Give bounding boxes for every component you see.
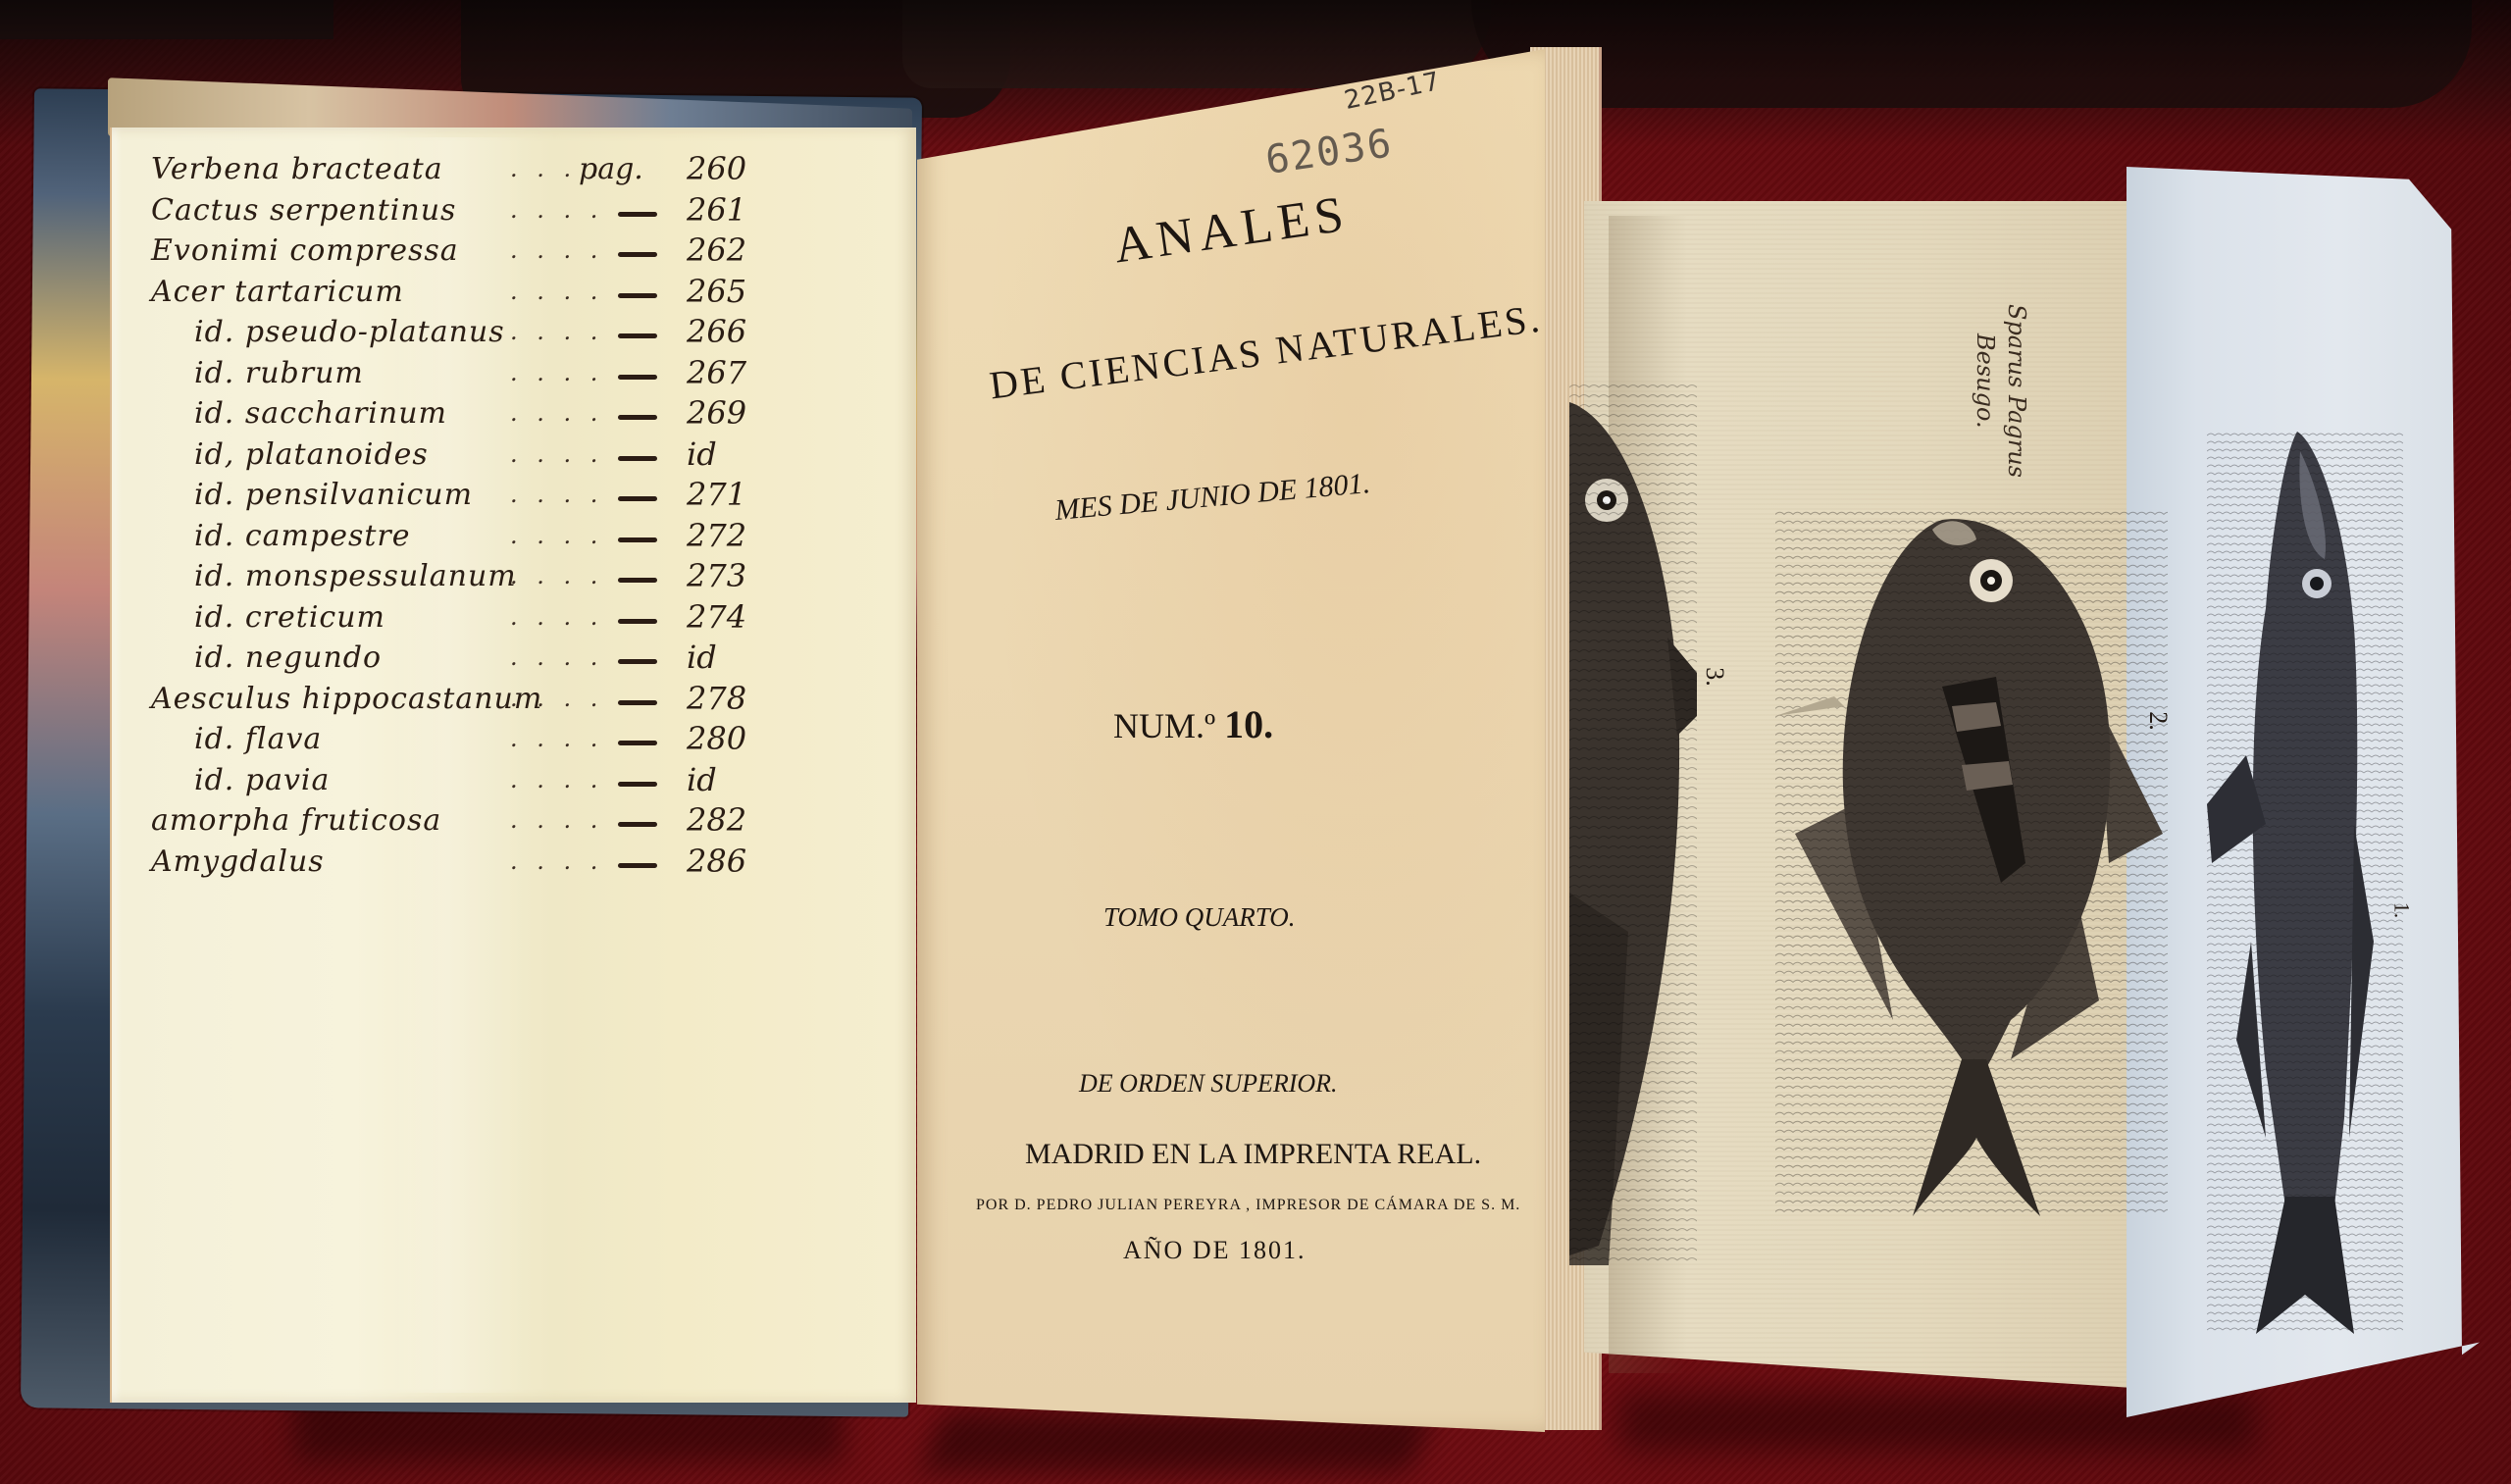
ditto-dash — [618, 700, 657, 705]
authority-line: DE ORDEN SUPERIOR. — [1079, 1069, 1338, 1099]
inventory-number-stamp: 62036 — [1262, 121, 1396, 183]
figure-number-1: 1. — [2388, 902, 2414, 919]
index-entry: Acer tartaricum. . . .265 — [157, 272, 785, 313]
dot-leader: . . . . — [510, 393, 677, 435]
ditto-dash — [618, 782, 657, 787]
index-entry: id. campestre. . . .272 — [157, 516, 785, 557]
index-entry-name: id. pavia — [194, 760, 330, 801]
fish-engraving-3 — [1569, 383, 1697, 1265]
ditto-dash — [618, 578, 657, 583]
handwritten-plate-annotation: Sparus Pagrus Besugo. — [1972, 304, 2050, 471]
printer-detail: POR D. PEDRO JULIAN PEREYRA , IMPRESOR D… — [976, 1197, 1520, 1214]
printer-line: MADRID EN LA IMPRENTA REAL. — [1025, 1138, 1481, 1171]
index-entry-name: Amygdalus — [151, 842, 325, 883]
volume-label: TOMO QUARTO. — [1103, 902, 1296, 933]
index-entry: Cactus serpentinus. . . .261 — [157, 190, 785, 231]
dot-leader: . . . . — [510, 312, 677, 353]
index-entry: id. flava. . . .280 — [157, 719, 785, 760]
index-entry: id. monspessulanum. . . .273 — [157, 556, 785, 597]
index-entry-page: id — [687, 435, 717, 476]
title-anales: ANALES — [1110, 185, 1353, 276]
index-entry-name: Verbena bracteata — [151, 149, 443, 190]
index-entry-name: id. rubrum — [194, 353, 364, 394]
index-entry-name: id. campestre — [194, 516, 411, 557]
ditto-dash — [618, 333, 657, 338]
index-entry-name: id. creticum — [194, 597, 385, 639]
index-entry-page: id — [687, 760, 717, 801]
issue-number-value: 10. — [1224, 702, 1273, 746]
index-entry-name: id. pseudo-platanus — [194, 312, 505, 353]
index-entry-page: 282 — [687, 800, 746, 842]
ditto-dash — [618, 456, 657, 461]
publication-year: AÑO DE 1801. — [1123, 1236, 1307, 1265]
dot-leader: . . . . — [510, 272, 677, 313]
index-entry-page: 260 — [687, 149, 746, 190]
dot-leader: . . . . — [510, 475, 677, 516]
issue-date: MES DE JUNIO DE 1801. — [1053, 467, 1371, 528]
index-entry-name: id, platanoides — [194, 435, 429, 476]
figure-number-3: 3. — [1700, 667, 1729, 687]
ditto-dash — [618, 619, 657, 624]
index-entry-name: id. negundo — [194, 638, 382, 679]
title-page-text: 22B-17 62036 ANALES DE CIENCIAS NATURALE… — [927, 88, 1535, 1403]
index-entry: id, platanoides. . . .id — [157, 435, 785, 476]
dot-leader: . . . . — [510, 190, 677, 231]
index-entry: id. saccharinum. . . .269 — [157, 393, 785, 435]
index-entry-page: 273 — [687, 556, 746, 597]
ditto-dash — [618, 863, 657, 868]
index-entry-name: id. saccharinum — [194, 393, 447, 435]
ditto-dash — [618, 415, 657, 420]
ditto-dash — [618, 212, 657, 217]
handwritten-index-list: Verbena bracteata. . . .pag.260Cactus se… — [157, 149, 785, 882]
ditto-dash — [618, 822, 657, 827]
index-entry: id. negundo. . . .id — [157, 638, 785, 679]
index-page-prefix: pag. — [579, 149, 643, 190]
index-entry-name: id. flava — [194, 719, 322, 760]
dot-leader: . . . . — [510, 556, 677, 597]
issue-number-label: NUM.º — [1113, 706, 1215, 745]
index-entry-name: Evonimi compressa — [151, 230, 459, 272]
dot-leader: . . . . — [510, 435, 677, 476]
ditto-dash — [618, 293, 657, 298]
index-entry-page: 267 — [687, 353, 746, 394]
dot-leader: . . . . — [510, 597, 677, 639]
dot-leader: . . . . — [510, 638, 677, 679]
annotation-species: Sparus Pagrus — [2003, 304, 2030, 478]
index-entry-page: 272 — [687, 516, 746, 557]
dot-leader: . . . . — [510, 516, 677, 557]
index-entry-page: 274 — [687, 597, 746, 639]
fish-engraving-1-hake — [2207, 432, 2403, 1334]
ditto-dash — [618, 375, 657, 380]
ditto-dash — [618, 741, 657, 745]
index-entry-name: Aesculus hippocastanum — [151, 679, 542, 720]
index-entry-page: 262 — [687, 230, 746, 272]
fish-engraving-2-sea-bream — [1775, 510, 2168, 1216]
index-entry-page: 269 — [687, 393, 746, 435]
index-entry: id. rubrum. . . .267 — [157, 353, 785, 394]
dot-leader: . . . . — [510, 679, 677, 720]
dot-leader: . . . . — [510, 800, 677, 842]
index-entry: Verbena bracteata. . . .pag.260 — [157, 149, 785, 190]
index-entry-name: id. pensilvanicum — [194, 475, 473, 516]
index-entry: Evonimi compressa. . . .262 — [157, 230, 785, 272]
index-entry-page: 266 — [687, 312, 746, 353]
dot-leader: . . . . — [510, 230, 677, 272]
figure-number-2: 2. — [2143, 711, 2173, 731]
index-entry-page: id — [687, 638, 717, 679]
index-entry: id. creticum. . . .274 — [157, 597, 785, 639]
index-entry-page: 286 — [687, 842, 746, 883]
ditto-dash — [618, 496, 657, 501]
issue-number: NUM.º 10. — [1113, 701, 1273, 747]
index-entry-page: 280 — [687, 719, 746, 760]
index-entry: id. pensilvanicum. . . .271 — [157, 475, 785, 516]
index-entry: id. pseudo-platanus. . . .266 — [157, 312, 785, 353]
ditto-dash — [618, 537, 657, 542]
index-entry: Amygdalus. . . .286 — [157, 842, 785, 883]
index-entry-name: Acer tartaricum — [151, 272, 404, 313]
index-entry-name: Cactus serpentinus — [151, 190, 456, 231]
annotation-common-name: Besugo. — [1972, 333, 1999, 429]
ditto-dash — [618, 252, 657, 257]
index-entry: amorpha fruticosa. . . .282 — [157, 800, 785, 842]
dot-leader: . . . . — [510, 842, 677, 883]
index-entry: Aesculus hippocastanum. . . .278 — [157, 679, 785, 720]
index-entry-page: 278 — [687, 679, 746, 720]
index-entry-name: id. monspessulanum — [194, 556, 517, 597]
dot-leader: . . . . — [510, 760, 677, 801]
title-ciencias-naturales: DE CIENCIAS NATURALES. — [987, 295, 1545, 409]
dot-leader: . . . . — [510, 353, 677, 394]
index-entry-name: amorpha fruticosa — [151, 800, 441, 842]
dot-leader: . . . . — [510, 719, 677, 760]
index-entry-page: 261 — [687, 190, 746, 231]
index-entry-page: 265 — [687, 272, 746, 313]
ditto-dash — [618, 659, 657, 664]
index-entry: id. pavia. . . .id — [157, 760, 785, 801]
index-entry-page: 271 — [687, 475, 746, 516]
